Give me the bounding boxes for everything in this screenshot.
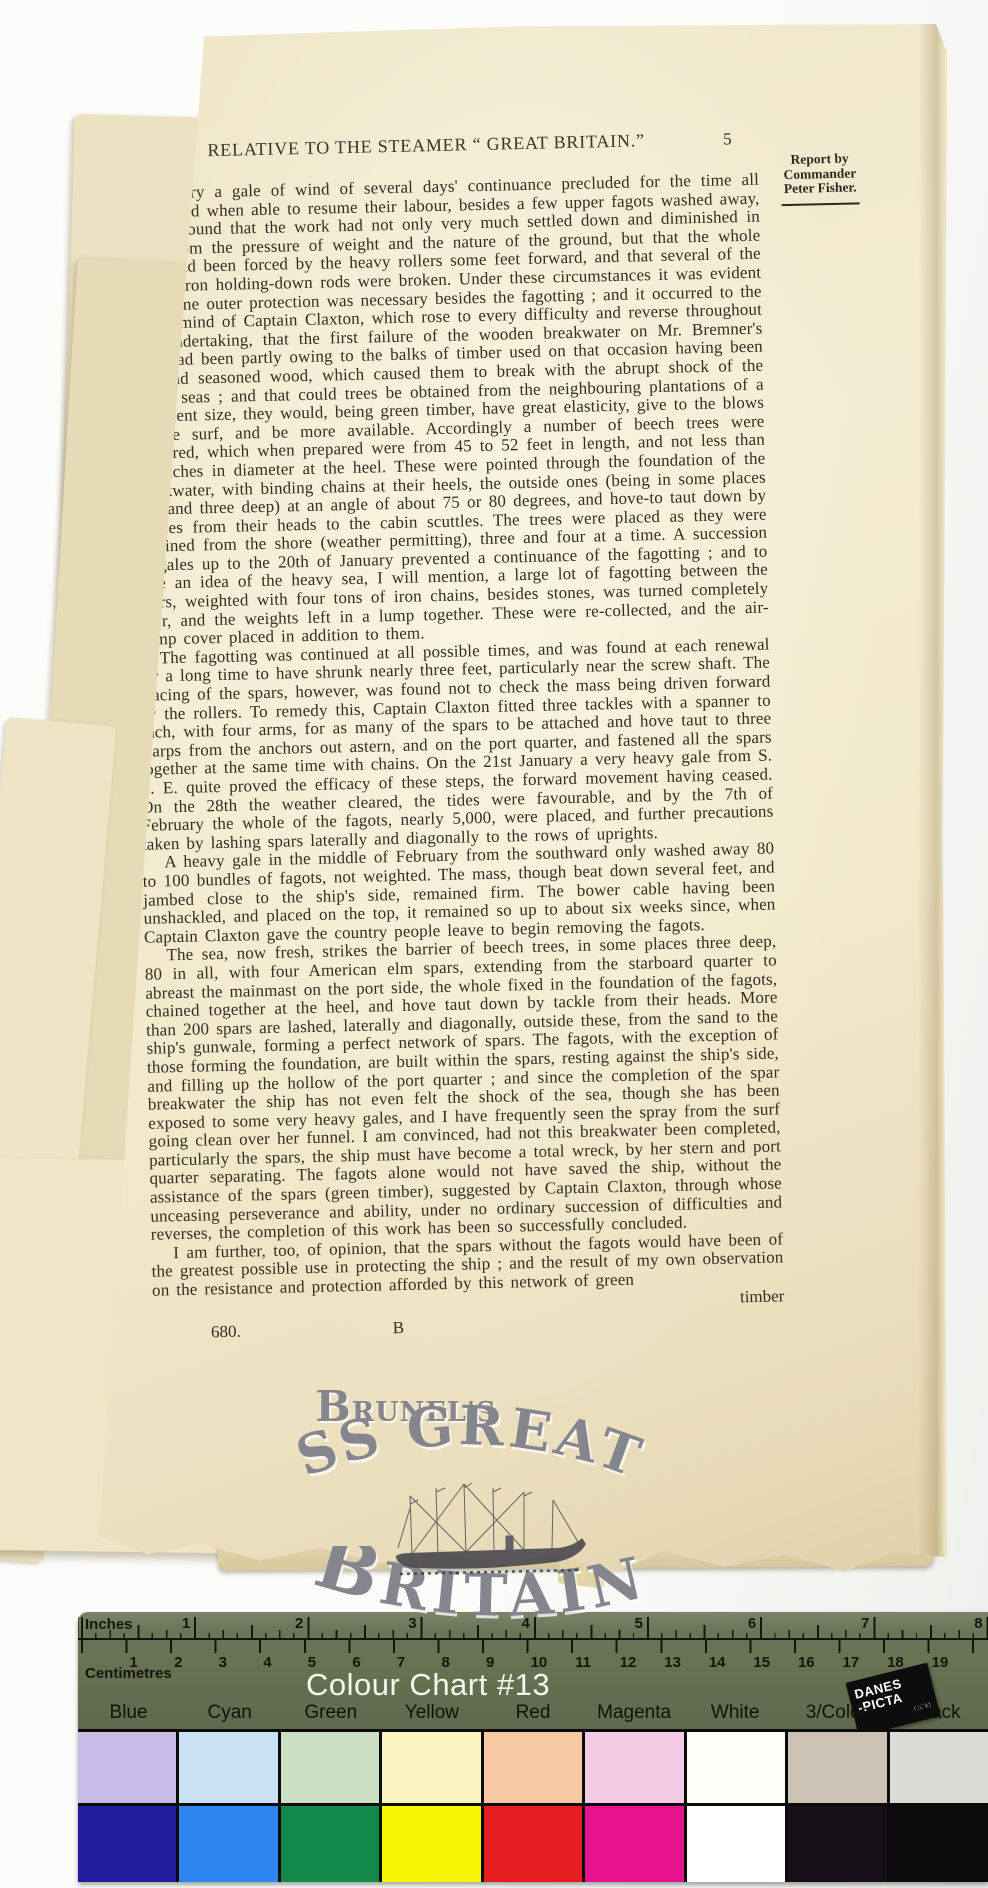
cm-number: 4 (263, 1654, 271, 1671)
cm-number: 15 (753, 1654, 770, 1671)
inch-number: 5 (627, 1615, 643, 1632)
margin-note-rule (782, 202, 860, 206)
pastel-swatch-blue (78, 1732, 176, 1803)
swatch-label-red: Red (482, 1702, 583, 1724)
solid-swatch-black (890, 1806, 988, 1882)
swatch-label-black: Black (887, 1702, 988, 1724)
pastel-swatch-white (687, 1732, 785, 1803)
swatch-label-blue: Blue (78, 1702, 179, 1724)
pastel-swatch-3-color (788, 1732, 886, 1803)
paragraph-1: in January a gale of wind of several day… (127, 171, 769, 650)
pastel-swatch-yellow (382, 1732, 480, 1803)
inch-number: 1 (174, 1615, 190, 1632)
swatch-label-cyan: Cyan (179, 1702, 280, 1724)
solid-swatch-cyan (179, 1806, 277, 1882)
swatch-label-white: White (685, 1702, 786, 1724)
pastel-swatch-green (281, 1732, 379, 1803)
solid-swatch-red (484, 1806, 582, 1882)
inch-number: 8 (967, 1615, 983, 1632)
cm-number: 3 (219, 1654, 227, 1671)
solid-swatch-blue (78, 1806, 176, 1882)
solid-swatch-3-color (788, 1806, 886, 1882)
signature-number: 680. (211, 1321, 241, 1342)
book-page: RELATIVE TO THE STEAMER “ GREAT BRITAIN.… (88, 24, 948, 1584)
solid-swatch-magenta (585, 1806, 683, 1882)
margin-note: Report by Commander Peter Fisher. (766, 151, 873, 206)
solid-swatch-yellow (382, 1806, 480, 1882)
cm-number: 13 (664, 1654, 681, 1671)
inch-number: 2 (287, 1615, 303, 1632)
swatch-label-green: Green (280, 1702, 381, 1724)
colour-calibration-chart: Inches Centimetres 12345678 123456789101… (78, 1612, 988, 1882)
paragraph-4: The sea, now fresh, strikes the barrier … (144, 933, 783, 1245)
danespicta-logo: DANES -PICTA .COM (846, 1663, 941, 1737)
inch-number: 7 (853, 1615, 869, 1632)
inch-number: 4 (514, 1615, 530, 1632)
swatch-grid (78, 1729, 988, 1882)
scanned-document-photo: RELATIVE TO THE STEAMER “ GREAT BRITAIN.… (0, 0, 988, 1888)
cm-number: 1 (130, 1654, 138, 1671)
paragraph-2: The fagotting was continued at all possi… (138, 635, 774, 854)
chart-title: Colour Chart #13 (306, 1667, 550, 1703)
cm-number: 2 (174, 1654, 182, 1671)
running-header: RELATIVE TO THE STEAMER “ GREAT BRITAIN.… (126, 128, 726, 163)
cm-number: 12 (620, 1654, 637, 1671)
body-paragraphs: in January a gale of wind of several day… (127, 171, 784, 1301)
swatch-label-magenta: Magenta (584, 1702, 685, 1724)
margin-note-line: Peter Fisher. (767, 180, 873, 197)
inch-number: 3 (401, 1615, 417, 1632)
pastel-swatch-cyan (179, 1732, 277, 1803)
pastel-swatch-black (890, 1732, 988, 1803)
inch-number: 6 (740, 1615, 756, 1632)
pastel-swatch-magenta (585, 1732, 683, 1803)
swatch-label-3-color: 3/Color (786, 1702, 887, 1724)
cm-ticks (78, 1640, 988, 1653)
page-number: 5 (723, 129, 732, 149)
cm-number: 19 (932, 1654, 949, 1671)
cm-number: 17 (843, 1654, 860, 1671)
inches-label: Inches (85, 1616, 133, 1633)
signature-letter: B (392, 1318, 404, 1338)
cm-number: 11 (575, 1654, 591, 1671)
paragraph-3: A heavy gale in the middle of February f… (142, 840, 776, 947)
solid-swatch-green (281, 1806, 379, 1882)
swatch-label-yellow: Yellow (381, 1702, 482, 1724)
swatch-labels-row: BlueCyanGreenYellowRedMagentaWhite3/Colo… (78, 1702, 988, 1724)
printed-text-block: RELATIVE TO THE STEAMER “ GREAT BRITAIN.… (126, 125, 913, 1344)
solid-swatch-white (687, 1806, 785, 1882)
centimetres-label: Centimetres (85, 1665, 172, 1682)
cm-number: 14 (709, 1654, 726, 1671)
pastel-swatch-red (484, 1732, 582, 1803)
cm-number: 16 (798, 1654, 815, 1671)
